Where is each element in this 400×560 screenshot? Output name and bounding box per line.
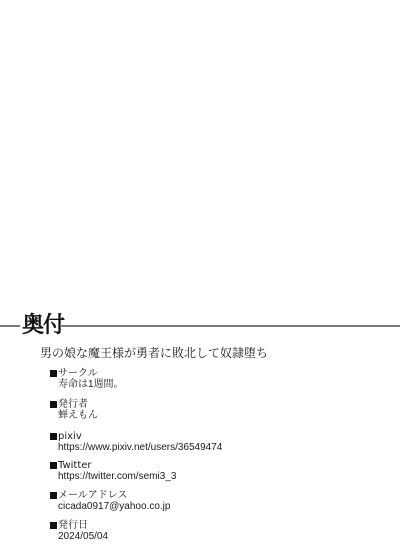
bullet-square-icon bbox=[50, 370, 57, 377]
section-label: Twitter bbox=[58, 460, 92, 471]
colophon-heading-row: 奥付 bbox=[0, 312, 400, 340]
section-label: 発行日 bbox=[58, 520, 88, 531]
heading-rule-right bbox=[60, 325, 400, 327]
section-publisher: 発行者 蝉えもん bbox=[50, 399, 98, 421]
publish-date: 2024/05/04 bbox=[50, 531, 108, 542]
bullet-square-icon bbox=[50, 433, 57, 440]
section-twitter: Twitter https://twitter.com/semi3_3 bbox=[50, 460, 176, 482]
bullet-square-icon bbox=[50, 522, 57, 529]
colophon-heading: 奥付 bbox=[22, 312, 64, 340]
heading-rule-left bbox=[0, 325, 20, 327]
section-label: サークル bbox=[58, 368, 98, 379]
bullet-square-icon bbox=[50, 401, 57, 408]
twitter-link: https://twitter.com/semi3_3 bbox=[50, 471, 176, 482]
section-email: メールアドレス cicada0917@yahoo.co.jp bbox=[50, 490, 170, 512]
section-publish-date: 発行日 2024/05/04 bbox=[50, 520, 108, 542]
section-label: メールアドレス bbox=[58, 490, 128, 501]
pixiv-link: https://www.pixiv.net/users/36549474 bbox=[50, 442, 222, 453]
section-value: 蝉えもん bbox=[50, 410, 98, 421]
book-title: 男の娘な魔王様が勇者に敗北して奴隷堕ち bbox=[40, 345, 268, 361]
section-label: 発行者 bbox=[58, 399, 88, 410]
section-label: pixiv bbox=[58, 431, 82, 442]
bullet-square-icon bbox=[50, 492, 57, 499]
bullet-square-icon bbox=[50, 462, 57, 469]
section-circle: サークル 寿命は1週間。 bbox=[50, 368, 124, 390]
section-pixiv: pixiv https://www.pixiv.net/users/365494… bbox=[50, 431, 222, 453]
colophon-page: 奥付 男の娘な魔王様が勇者に敗北して奴隷堕ち サークル 寿命は1週間。 発行者 … bbox=[0, 0, 400, 560]
email-address: cicada0917@yahoo.co.jp bbox=[50, 501, 170, 512]
section-value: 寿命は1週間。 bbox=[50, 379, 124, 390]
